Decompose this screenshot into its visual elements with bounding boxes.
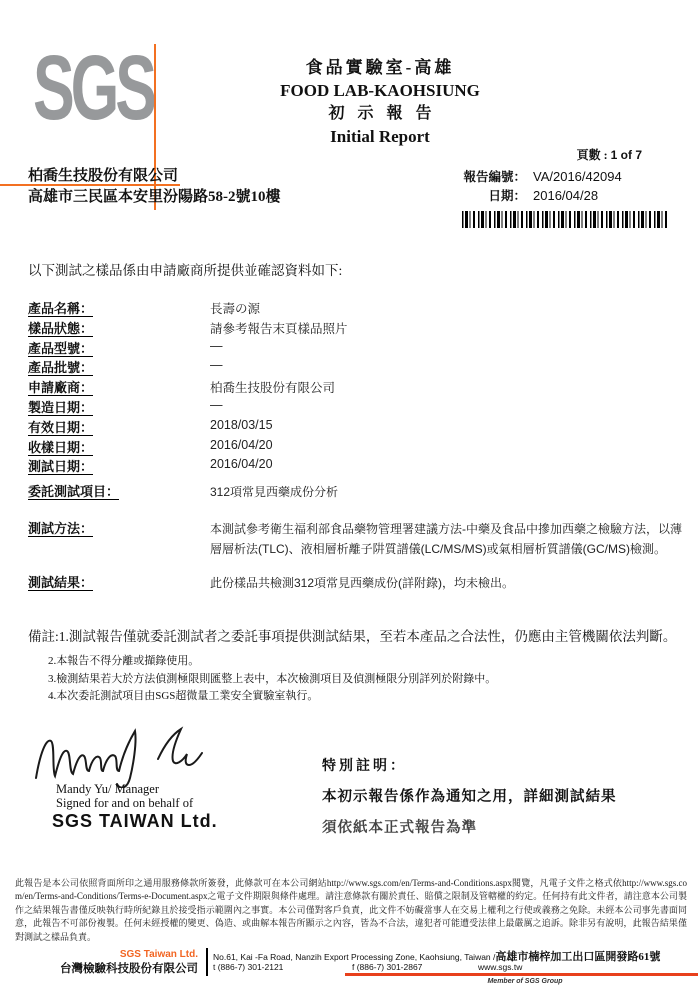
applicant-block: 柏喬生技股份有限公司 高雄市三民區本安里汾陽路58-2號10樓 [28,166,281,208]
sample-info-table: 產品名稱： 長壽の源 樣品狀態： 請參考報告末頁樣品照片 產品型號： — 產品批… [28,298,648,476]
page-count: 頁數 : 1 of 7 [470,146,642,163]
report-date-value: 2016/04/28 [533,188,598,203]
field-label: 產品名稱： [28,301,93,317]
field-label: 收樣日期： [28,440,93,456]
test-method-section: 測試方法： 本測試參考衛生福利部食品藥物管理署建議方法-中藥及食品中摻加西藥之檢… [28,518,676,538]
test-item-label: 委託測試項目： [28,484,119,500]
test-method-label: 測試方法： [28,521,93,537]
footer-fax: f (886-7) 301-2867 [352,962,422,972]
field-value: — [210,339,223,353]
footer-divider-line [206,948,208,976]
signer-name-title: Mandy Yu/ Manager [56,782,159,797]
field-value: 2016/04/20 [210,457,273,471]
legal-terms-paragraph: 此報告是本公司依照背面所印之通用服務條款所簽發，此條款可在本公司網站http:/… [15,877,687,944]
field-row-expiry-date: 有效日期： 2018/03/15 [28,417,648,437]
signature-scribble [30,726,240,788]
report-date-row: 日期：2016/04/28 [420,186,680,205]
lab-name-en: FOOD LAB-KAOHSIUNG [240,79,520,102]
special-note-line: 本初示報告係作為通知之用，詳細測試結果 [322,785,682,806]
field-value: 長壽の源 [210,299,260,317]
remarks-block: 備註:1.測試報告僅就委託測試者之委託事項提供測試結果，至若本產品之合法性，仍應… [28,625,678,706]
applicant-company: 柏喬生技股份有限公司 [28,166,281,187]
test-result-section: 測試結果： 此份樣品共檢測312項常見西藥成份(詳附錄)，均未檢出。 [28,572,676,592]
special-note-block: 特別註明： 本初示報告係作為通知之用，詳細測試結果 須依紙本正式報告為準 [322,755,682,837]
field-row-applicant: 申請廠商： 柏喬生技股份有限公司 [28,377,648,397]
footer-company-en: SGS Taiwan Ltd. [30,949,198,960]
test-method-value: 本測試參考衛生福利部食品藥物管理署建議方法-中藥及食品中摻加西藥之檢驗方法，以薄… [210,519,682,559]
intro-statement: 以下測試之樣品係由申請廠商所提供並確認資料如下: [28,259,342,279]
field-value: 2016/04/20 [210,438,273,452]
field-row-product-model: 產品型號： — [28,338,648,358]
lab-name-zh: 食品實驗室-高雄 [240,56,520,79]
remark-item: 4.本次委託測試項目由SGS超微量工業安全實驗室執行。 [48,688,678,706]
test-result-label: 測試結果： [28,575,93,591]
footer-orange-line [345,973,698,976]
header-title-block: 食品實驗室-高雄 FOOD LAB-KAOHSIUNG 初示報告 Initial… [240,56,520,148]
field-row-manufacture-date: 製造日期： — [28,397,648,417]
field-row-product-lot: 產品批號： — [28,357,648,377]
footer-company-zh: 台灣檢驗科技股份有限公司 [30,960,198,976]
remark-item: 備註:1.測試報告僅就委託測試者之委託事項提供測試結果，至若本產品之合法性，仍應… [28,625,678,648]
report-number-row: 報告編號：VA/2016/42094 [420,167,680,186]
report-type-en: Initial Report [240,125,520,148]
report-number-value: VA/2016/42094 [533,169,622,184]
field-label: 樣品狀態： [28,321,93,337]
footer-website: www.sgs.tw [478,962,522,972]
test-result-value: 此份樣品共檢測312項常見西藥成份(詳附錄)，均未檢出。 [210,573,682,593]
remark-item: 2.本報告不得分離或擷錄使用。 [48,653,678,671]
field-label: 有效日期： [28,420,93,436]
footer-telephone: t (886-7) 301-2121 [213,962,283,972]
field-row-product-name: 產品名稱： 長壽の源 [28,298,648,318]
signing-company: SGS TAIWAN Ltd. [52,811,218,832]
field-label: 製造日期： [28,400,93,416]
test-item-section: 委託測試項目： 312項常見西藥成份分析 [28,481,676,501]
footer-address-en: No.61, Kai -Fa Road, Nanzih Export Proce… [213,952,495,962]
page-count-label: 頁數 : [577,148,608,162]
field-row-sample-condition: 樣品狀態： 請參考報告末頁樣品照片 [28,318,648,338]
field-label: 測試日期： [28,459,93,475]
signed-on-behalf: Signed for and on behalf of [56,796,193,811]
field-label: 產品批號： [28,360,93,376]
report-page: SGS 食品實驗室-高雄 FOOD LAB-KAOHSIUNG 初示報告 Ini… [0,0,700,1004]
report-type-zh: 初示報告 [240,102,520,125]
sgs-logo: SGS [33,47,153,129]
applicant-address: 高雄市三民區本安里汾陽路58-2號10樓 [28,187,281,208]
field-value: 請參考報告末頁樣品照片 [210,319,348,337]
remark-item: 3.檢測結果若大於方法偵測極限則匯整上表中，本次檢測項目及偵測極限分別詳列於附錄… [48,671,678,689]
field-value: 2018/03/15 [210,418,273,432]
remark-text: 1.測試報告僅就委託測試者之委託事項提供測試結果，至若本產品之合法性，仍應由主管… [59,629,677,644]
special-note-line: 須依紙本正式報告為準 [322,816,682,837]
remarks-label: 備註: [28,629,59,644]
field-row-test-date: 測試日期： 2016/04/20 [28,456,648,476]
special-note-title: 特別註明： [322,755,682,775]
field-value: — [210,358,223,372]
test-item-value: 312項常見西藥成份分析 [210,482,682,502]
report-barcode [462,211,668,228]
report-number-label: 報告編號： [420,167,526,185]
field-label: 產品型號： [28,341,93,357]
report-date-label: 日期： [420,186,526,204]
field-value: 柏喬生技股份有限公司 [210,378,335,396]
field-label: 申請廠商： [28,380,93,396]
field-value: — [210,398,223,412]
page-count-value: 1 of 7 [611,148,642,162]
field-row-receive-date: 收樣日期： 2016/04/20 [28,437,648,457]
footer-member-of-sgs: Member of SGS Group [455,978,595,985]
